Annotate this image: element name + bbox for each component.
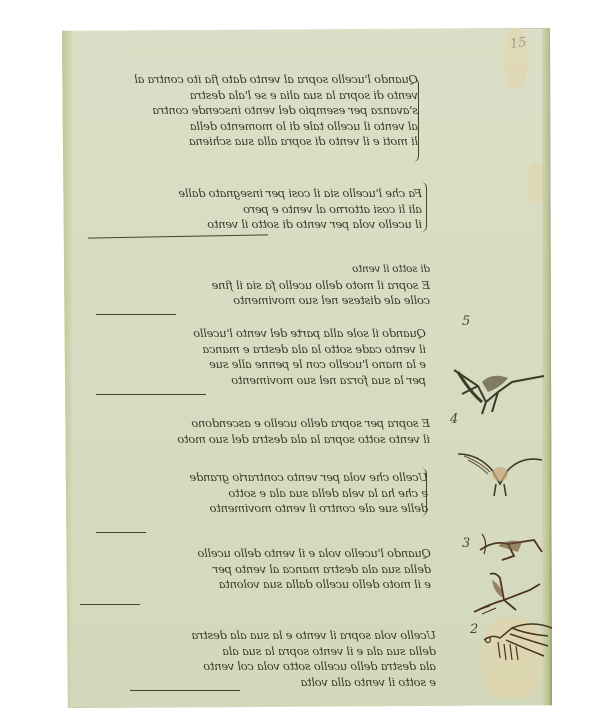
text-line: E sopra per sopra dello ucello e ascendo… (80, 416, 430, 432)
text-line: e la mano l'ucello con le penne alle sue (86, 357, 426, 373)
text-line: e che ha la vela della sua ala e sotto (98, 486, 428, 502)
text-line: per la sua forza nel suo movimento (86, 373, 426, 389)
text-line: li moti e il vento di sopra alla sua sch… (88, 134, 418, 150)
text-block-7: Quando l'ucello vola e il vento dello uc… (86, 546, 431, 593)
text-line: Quando l'ucello vola e il vento dello uc… (86, 546, 431, 562)
text-block-8: Ucello vola sopra il vento e la sua ala … (96, 628, 436, 690)
text-block-4: Quando il sole alla parte del vento l'uc… (86, 326, 426, 388)
bracket (420, 468, 427, 516)
bird-sketch-icon (470, 570, 542, 618)
text-line: vento di sopra la sua alia e se l'ala de… (88, 88, 418, 104)
text-block-5: E sopra per sopra dello ucello e ascendo… (80, 416, 430, 447)
text-line: il ucello vola per vento di sotto il ven… (92, 217, 422, 233)
text-block-2: Fa che l'ucello sia il cosi per insegnat… (92, 186, 422, 233)
text-line: delle sue ale contro il vento movimento (98, 501, 428, 517)
bracket (420, 182, 427, 232)
text-line: ali li cosi attorno al vento e pero (92, 202, 422, 218)
text-line: Fa che l'ucello sia il cosi per insegnat… (92, 186, 422, 202)
text-line: al vento il ucello tale di lo momento de… (88, 119, 418, 135)
text-line: il vento cade sotto la ala destra e manc… (86, 342, 426, 358)
bird-sketch-icon (478, 530, 544, 566)
stain (528, 163, 546, 203)
text-line: Quando l'ucello sopra al vento dato fia … (88, 72, 418, 88)
bird-sketch-icon (456, 448, 546, 498)
text-heading: di sotto il vento (140, 262, 430, 278)
underline (130, 690, 240, 691)
margin-number: 3 (462, 536, 470, 551)
text-line: il vento sotto sopra la ala destra del s… (80, 432, 430, 448)
text-line: ala destra dello ucello sotto vola col v… (96, 659, 436, 675)
underline (96, 314, 176, 315)
underline (80, 604, 140, 605)
text-block-3: di sotto il vento E sopra il moto dello … (100, 262, 430, 309)
text-line: Quando il sole alla parte del vento l'uc… (86, 326, 426, 342)
text-line: E sopra il moto dello ucello fa sia il f… (100, 278, 430, 294)
underline (96, 394, 206, 395)
margin-number: 2 (470, 622, 478, 637)
text-line: della sua ala e il vento sopra la sua al… (96, 644, 436, 660)
text-line: e sotto il vento alla volta (216, 675, 436, 691)
underline (96, 532, 146, 533)
text-line: colle ale distese nel suo movimento (100, 293, 430, 309)
text-block-1: Quando l'ucello sopra al vento dato fia … (88, 72, 418, 150)
text-line: della sua ala destra manca al vento per (86, 562, 431, 578)
text-line: Ucello vola sopra il vento e la sua ala … (96, 628, 436, 644)
folio-number: 15 (509, 35, 527, 52)
bracket (412, 78, 419, 162)
text-line: Ucello che vola per vento contrario gran… (98, 470, 428, 486)
bird-sketch-icon (482, 620, 554, 666)
margin-number: 5 (462, 314, 470, 329)
bird-sketch-icon (452, 362, 548, 418)
text-line: s'avanza per esempio del vento inscende … (88, 103, 418, 119)
text-block-6: Ucello che vola per vento contrario gran… (98, 470, 428, 517)
text-line: e il moto dello ucello dalla sua volonta (86, 577, 431, 593)
